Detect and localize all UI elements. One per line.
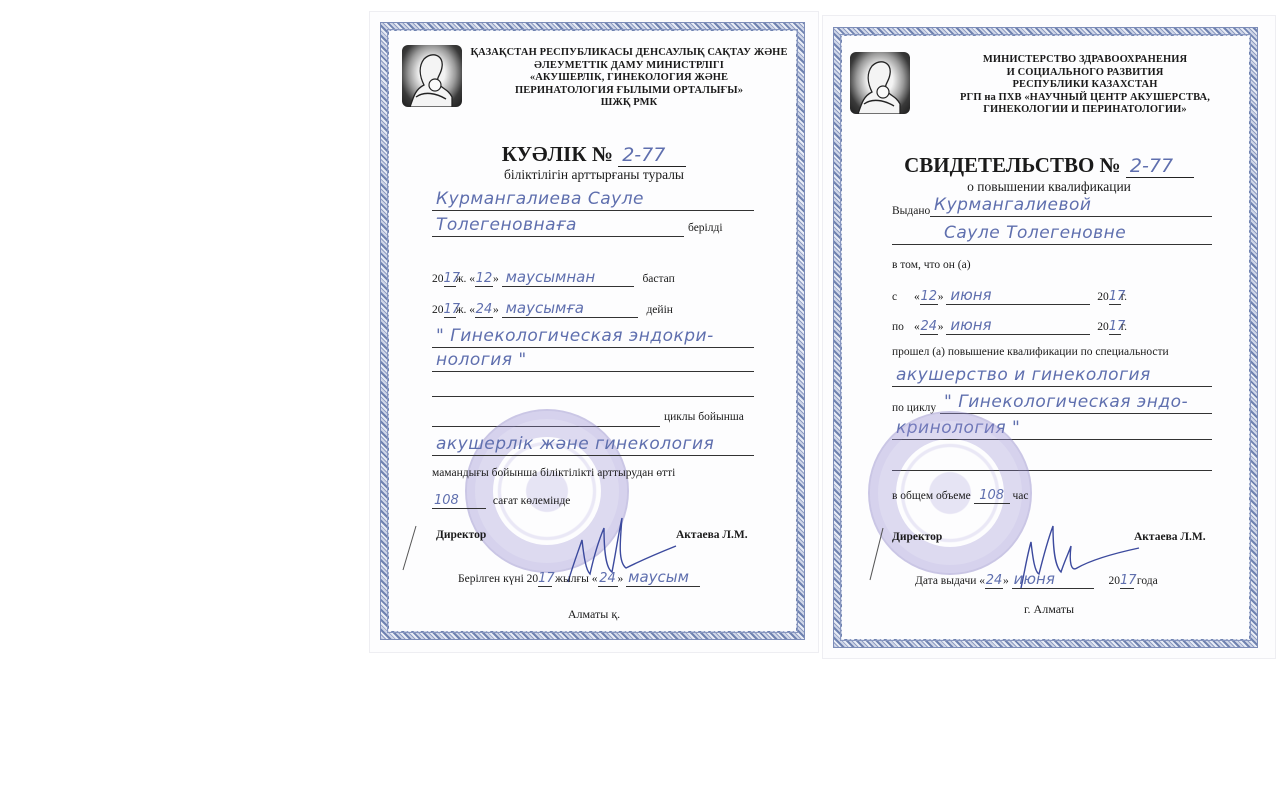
to-label: по <box>892 321 914 333</box>
issue-date-row: Дата выдачи «24» июня 2017 года <box>915 570 1158 589</box>
start-month: июня <box>946 286 1090 305</box>
director-label: Директор <box>436 529 486 541</box>
org-line: ГИНЕКОЛОГИИ И ПЕРИНАТОЛОГИИ» <box>923 104 1247 117</box>
recipient-line-1: Курмангалиевой <box>930 194 1212 217</box>
cycle-name: " Гинекологическая эндо- <box>944 392 1188 412</box>
ornamental-border <box>833 27 1258 648</box>
start-year: 17 <box>1109 289 1121 305</box>
title-text: КУӘЛІК № <box>502 142 613 166</box>
cycle-name: " Гинекологическая эндокри- <box>436 326 714 346</box>
org-line: РЕСПУБЛИКИ КАЗАХСТАН <box>923 79 1247 92</box>
issued-label: берілді <box>688 222 723 234</box>
cycle-line-1: " Гинекологическая эндо- <box>940 391 1212 414</box>
that-label: в том, что он (а) <box>892 259 971 271</box>
start-label: бастап <box>642 273 674 285</box>
city: Алматы қ. <box>370 607 818 622</box>
recipient-line-1: Курмангалиева Сауле <box>432 188 754 211</box>
issue-year: 17 <box>538 571 552 587</box>
blank-line <box>892 448 1212 471</box>
specialty-line: акушерлік және гинекология <box>432 433 754 456</box>
city: г. Алматы <box>823 602 1275 617</box>
certificate-title: СВИДЕТЕЛЬСТВО № 2-77 <box>823 153 1275 178</box>
year-prefix: 20 <box>1097 291 1109 303</box>
title-text: СВИДЕТЕЛЬСТВО № <box>904 153 1121 177</box>
end-month: июня <box>946 316 1090 335</box>
issue-date-label: Берілген күні 20 <box>458 573 538 585</box>
cycle-label: циклы бойынша <box>664 411 744 423</box>
hours-value: 108 <box>974 488 1010 504</box>
org-line: «АКУШЕРЛІК, ГИНЕКОЛОГИЯ ЖӘНЕ <box>466 72 792 85</box>
recipient-line-2: Сауле Толегеновне <box>892 222 1212 245</box>
end-date-row: 2017ж. «24» маусымға дейін <box>432 299 673 318</box>
hours-value: 108 <box>432 493 486 509</box>
org-line: ҚАЗАҚСТАН РЕСПУБЛИКАСЫ ДЕНСАУЛЫҚ САҚТАУ … <box>466 47 792 60</box>
issue-date-row: Берілген күні 2017 жылғы «24» маусым <box>458 568 700 587</box>
end-date-row: по«24» июня 2017г. <box>892 316 1127 335</box>
recipient-surname: Курмангалиевой <box>934 195 1091 215</box>
day-suffix: » <box>493 304 499 316</box>
quote-close: » <box>1003 575 1009 587</box>
cycle-line-1: " Гинекологическая эндокри- <box>432 325 754 348</box>
issue-year: 17 <box>1120 573 1134 589</box>
end-label: дейін <box>646 304 672 316</box>
russian-certificate: МИНИСТЕРСТВО ЗДРАВООХРАНЕНИЯ И СОЦИАЛЬНО… <box>823 16 1275 658</box>
start-month: маусымнан <box>502 268 634 287</box>
cycle-label: по циклу <box>892 402 936 414</box>
end-day: 24 <box>475 302 493 318</box>
specialty-line: акушерство и гинекология <box>892 364 1212 387</box>
year-prefix: 20 <box>432 304 444 316</box>
issue-date-mid: жылғы « <box>555 573 597 585</box>
org-line: МИНИСТЕРСТВО ЗДРАВООХРАНЕНИЯ <box>923 54 1247 67</box>
cycle-line-2: нология " <box>432 349 754 372</box>
specialty-value: акушерство и гинекология <box>896 365 1151 385</box>
end-month: маусымға <box>502 299 638 318</box>
org-line: И СОЦИАЛЬНОГО РАЗВИТИЯ <box>923 67 1247 80</box>
recipient-name: Курмангалиева Сауле <box>436 189 644 209</box>
issued-label: Выдано <box>892 205 930 217</box>
end-year: 17 <box>1109 319 1121 335</box>
year-suffix: г. <box>1121 321 1127 333</box>
issue-date-label: Дата выдачи « <box>915 575 985 587</box>
start-year: 17 <box>444 271 456 287</box>
recipient-given-names: Сауле Толегеновне <box>944 223 1126 243</box>
certificate-subtitle: біліктілігін арттырғаны туралы <box>370 167 818 183</box>
quote-close: » <box>938 291 944 303</box>
certificate-title: КУӘЛІК № 2-77 <box>370 142 818 167</box>
director-label: Директор <box>892 531 942 543</box>
start-date-row: с«12» июня 2017г. <box>892 286 1127 305</box>
issue-day: 24 <box>985 573 1003 589</box>
cycle-name-cont: кринология " <box>896 418 1020 438</box>
blank-line <box>432 374 754 397</box>
end-year: 17 <box>444 302 456 318</box>
hours-row: 108 сағат көлемінде <box>432 493 570 509</box>
year-prefix: 20 <box>432 273 444 285</box>
specialty-label: мамандығы бойынша біліктілікті арттыруда… <box>432 467 675 479</box>
volume-label: в общем объеме <box>892 490 971 502</box>
year-suffix: года <box>1137 575 1158 587</box>
kazakh-certificate: ҚАЗАҚСТАН РЕСПУБЛИКАСЫ ДЕНСАУЛЫҚ САҚТАУ … <box>370 12 818 652</box>
year-prefix: 20 <box>1097 321 1109 333</box>
certificate-subtitle: о повышении квалификации <box>823 179 1275 195</box>
end-day: 24 <box>920 319 938 335</box>
certificate-number: 2-77 <box>1126 155 1194 178</box>
year-prefix: 20 <box>1109 575 1121 587</box>
hours-row: в общем объеме 108 час <box>892 488 1029 504</box>
issue-day: 24 <box>598 571 618 587</box>
org-line: РГП на ПХВ «НАУЧНЫЙ ЦЕНТР АКУШЕРСТВА, <box>923 92 1247 105</box>
year-suffix: ж. « <box>456 273 475 285</box>
organization-header: ҚАЗАҚСТАН РЕСПУБЛИКАСЫ ДЕНСАУЛЫҚ САҚТАУ … <box>466 47 792 110</box>
cycle-blank-line <box>432 404 660 427</box>
organization-header: МИНИСТЕРСТВО ЗДРАВООХРАНЕНИЯ И СОЦИАЛЬНО… <box>923 54 1247 117</box>
specialty-value: акушерлік және гинекология <box>436 434 714 454</box>
issue-month: июня <box>1012 570 1094 589</box>
cycle-name-cont: нология " <box>436 350 527 370</box>
director-name: Актаева Л.М. <box>676 529 748 541</box>
org-line: ШЖҚ РМК <box>466 97 792 110</box>
from-label: с <box>892 291 914 303</box>
recipient-line-2: Толегеновнаға <box>432 214 684 237</box>
start-date-row: 2017ж. «12» маусымнан бастап <box>432 268 675 287</box>
director-name: Актаева Л.М. <box>1134 531 1206 543</box>
year-suffix: ж. « <box>456 304 475 316</box>
day-suffix: » <box>493 273 499 285</box>
passed-label: прошел (а) повышение квалификации по спе… <box>892 346 1169 358</box>
issue-date-close: » <box>618 573 624 585</box>
year-suffix: г. <box>1121 291 1127 303</box>
hours-label: час <box>1013 490 1029 502</box>
mother-and-child-logo-icon <box>850 52 910 114</box>
recipient-patronymic: Толегеновнаға <box>436 215 577 235</box>
quote-close: » <box>938 321 944 333</box>
mother-and-child-logo-icon <box>402 45 462 107</box>
org-line: ӘЛЕУМЕТТІК ДАМУ МИНИСТРЛІГІ <box>466 60 792 73</box>
start-day: 12 <box>920 289 938 305</box>
certificate-number: 2-77 <box>618 144 686 167</box>
start-day: 12 <box>475 271 493 287</box>
cycle-line-2: кринология " <box>892 417 1212 440</box>
hours-label: сағат көлемінде <box>493 495 571 507</box>
org-line: ПЕРИНАТОЛОГИЯ ҒЫЛЫМИ ОРТАЛЫҒЫ» <box>466 85 792 98</box>
issue-month: маусым <box>626 568 700 587</box>
